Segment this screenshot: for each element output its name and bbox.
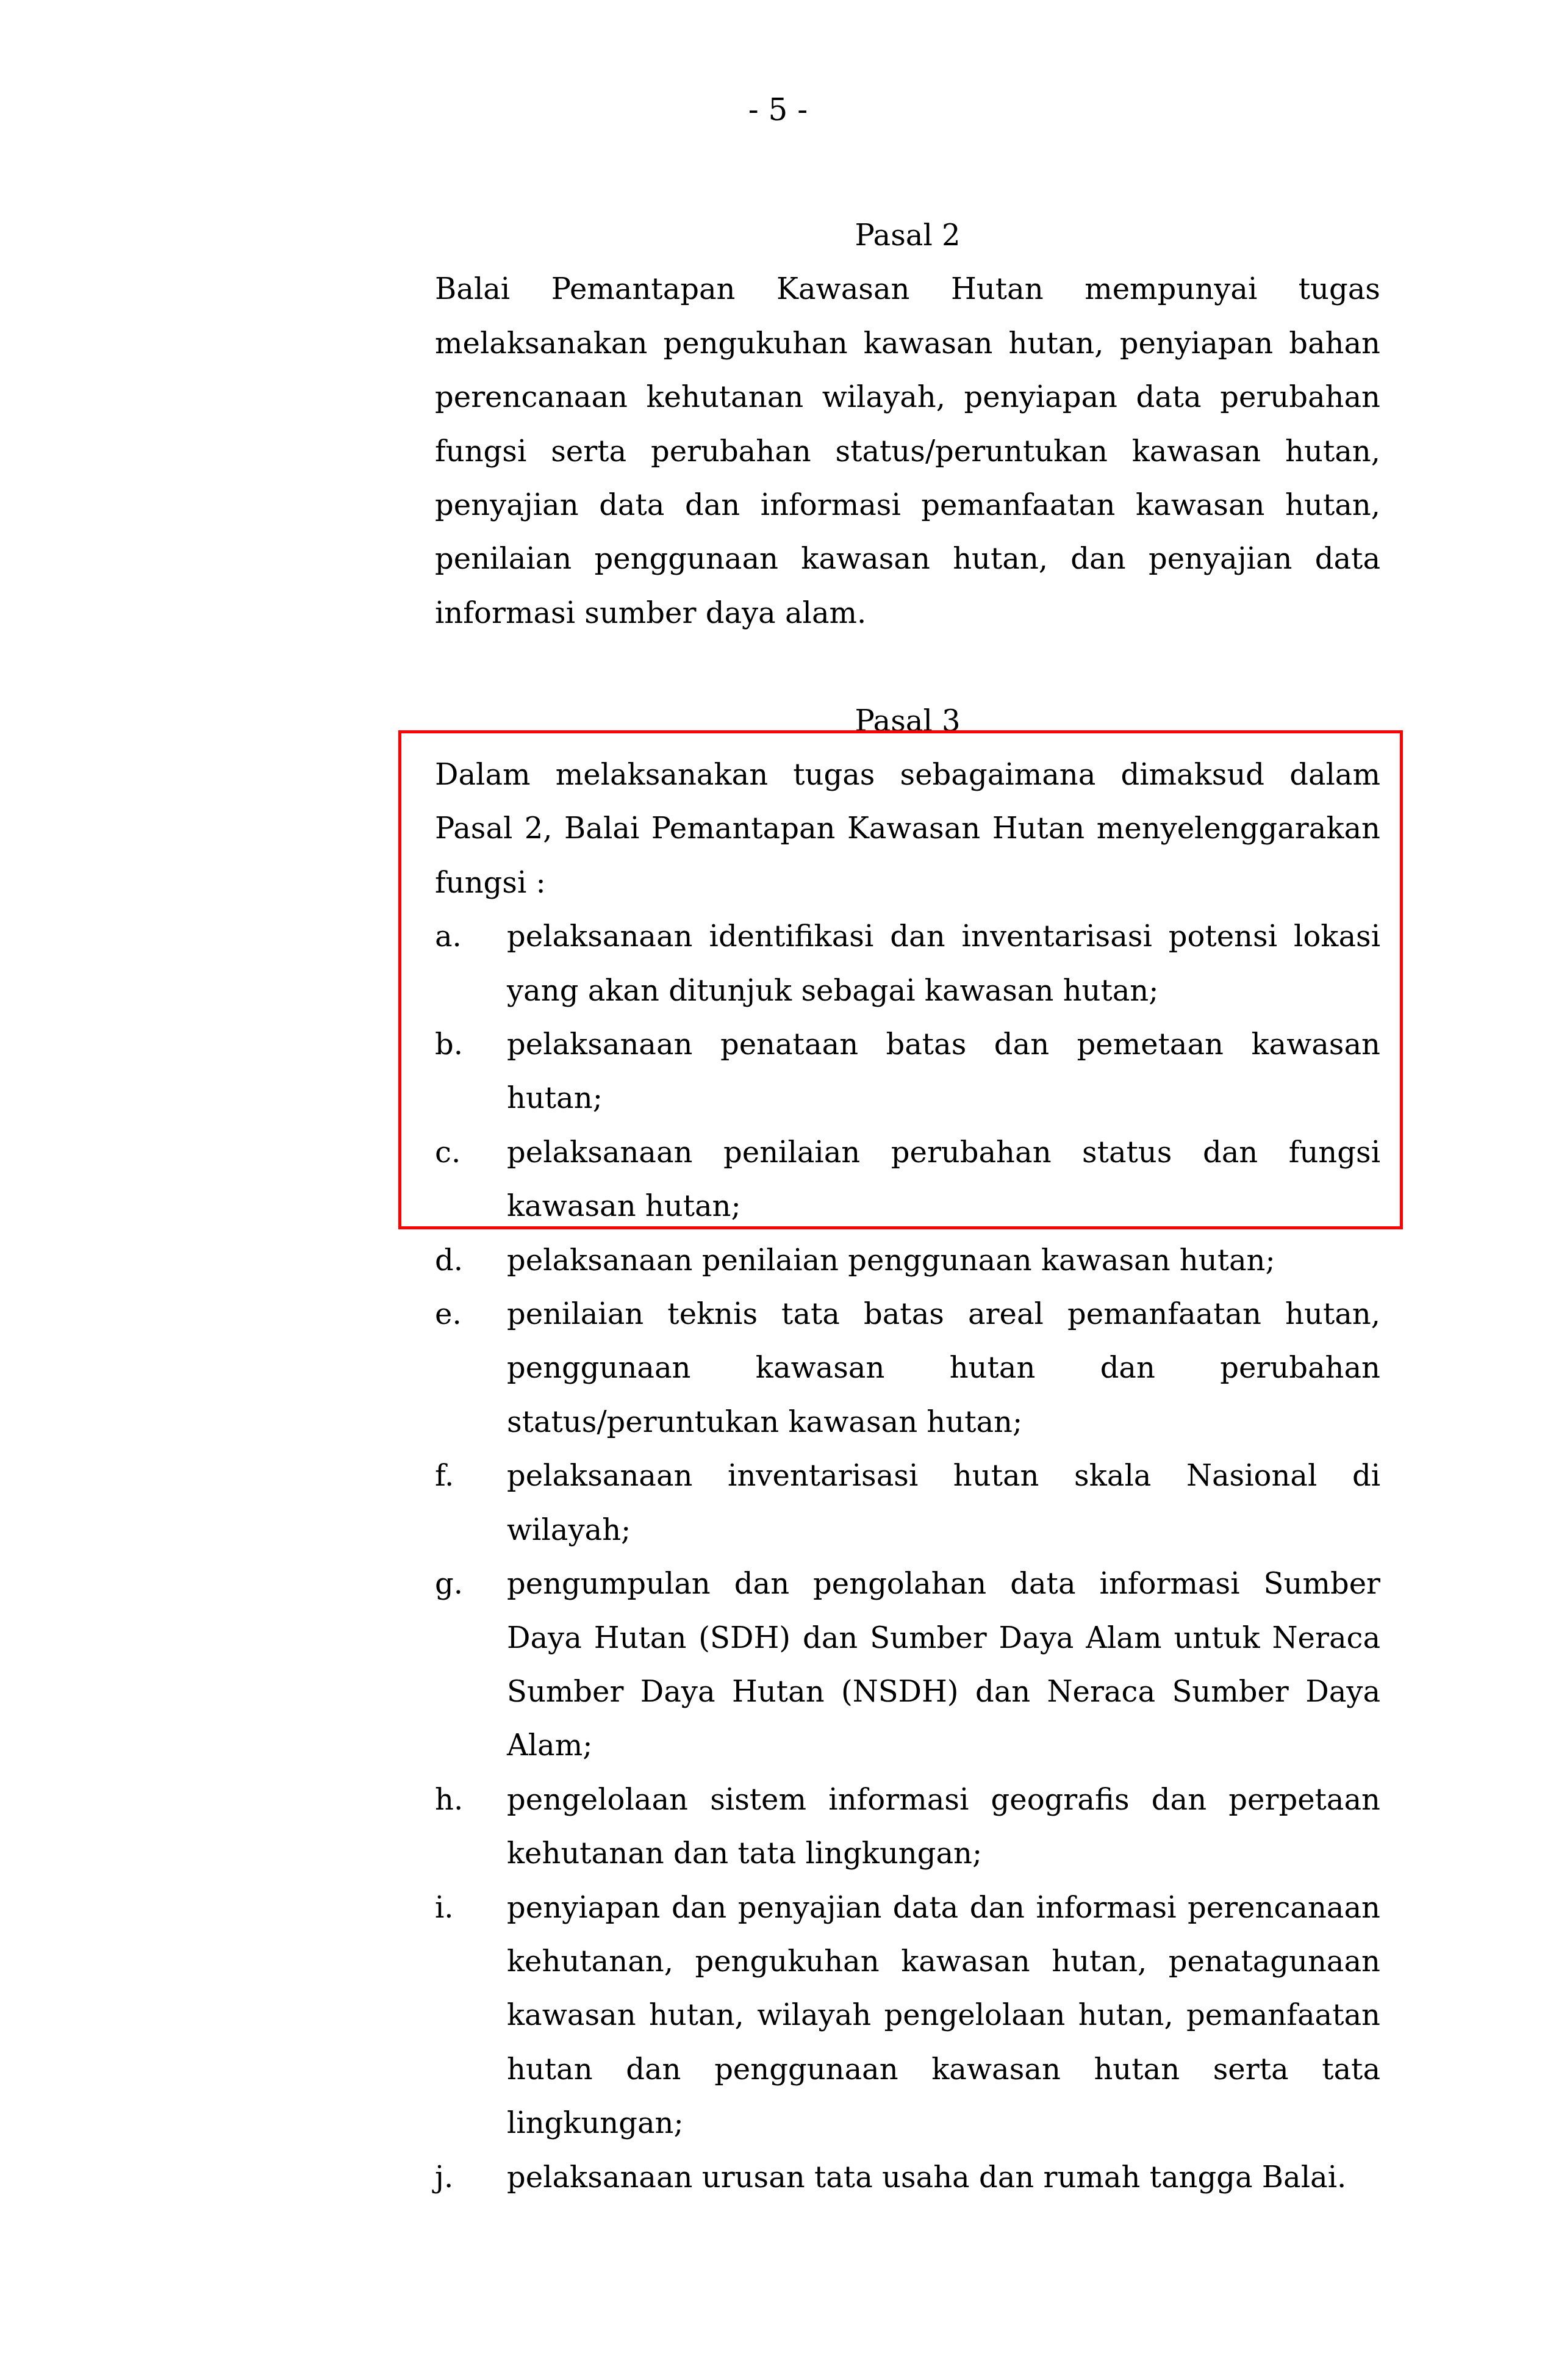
list-item: e.penilaian teknis tata batas areal pema… (435, 1287, 1380, 1449)
list-letter: e. (435, 1287, 507, 1449)
list-letter: h. (435, 1773, 507, 1881)
page-number: - 5 - (0, 85, 1556, 134)
highlight-box (398, 730, 1403, 1229)
list-letter: g. (435, 1557, 507, 1773)
list-item: h.pengelolaan sistem informasi geografis… (435, 1773, 1380, 1881)
list-item-text: pelaksanaan urusan tata usaha dan rumah … (507, 2151, 1380, 2204)
list-item: i.penyiapan dan penyajian data dan infor… (435, 1881, 1380, 2151)
pasal-2-section: Pasal 2 Balai Pemantapan Kawasan Hutan m… (435, 209, 1380, 640)
pasal-2-body: Balai Pemantapan Kawasan Hutan mempunyai… (435, 262, 1380, 640)
list-item-text: penyiapan dan penyajian data dan informa… (507, 1881, 1380, 2151)
list-item: d.pelaksanaan penilaian penggunaan kawas… (435, 1234, 1380, 1287)
list-item-text: penilaian teknis tata batas areal pemanf… (507, 1287, 1380, 1449)
list-item: j.pelaksanaan urusan tata usaha dan ruma… (435, 2151, 1380, 2204)
list-item-text: pengumpulan dan pengolahan data informas… (507, 1557, 1380, 1773)
pasal-2-heading: Pasal 2 (435, 209, 1380, 262)
section-spacer (435, 640, 1380, 694)
list-item-text: pelaksanaan inventarisasi hutan skala Na… (507, 1449, 1380, 1557)
list-letter: f. (435, 1449, 507, 1557)
list-item-text: pelaksanaan penilaian penggunaan kawasan… (507, 1234, 1380, 1287)
list-item: g.pengumpulan dan pengolahan data inform… (435, 1557, 1380, 1773)
list-letter: i. (435, 1881, 507, 2151)
list-item: f.pelaksanaan inventarisasi hutan skala … (435, 1449, 1380, 1557)
list-letter: j. (435, 2151, 507, 2204)
list-item-text: pengelolaan sistem informasi geografis d… (507, 1773, 1380, 1881)
list-letter: d. (435, 1234, 507, 1287)
